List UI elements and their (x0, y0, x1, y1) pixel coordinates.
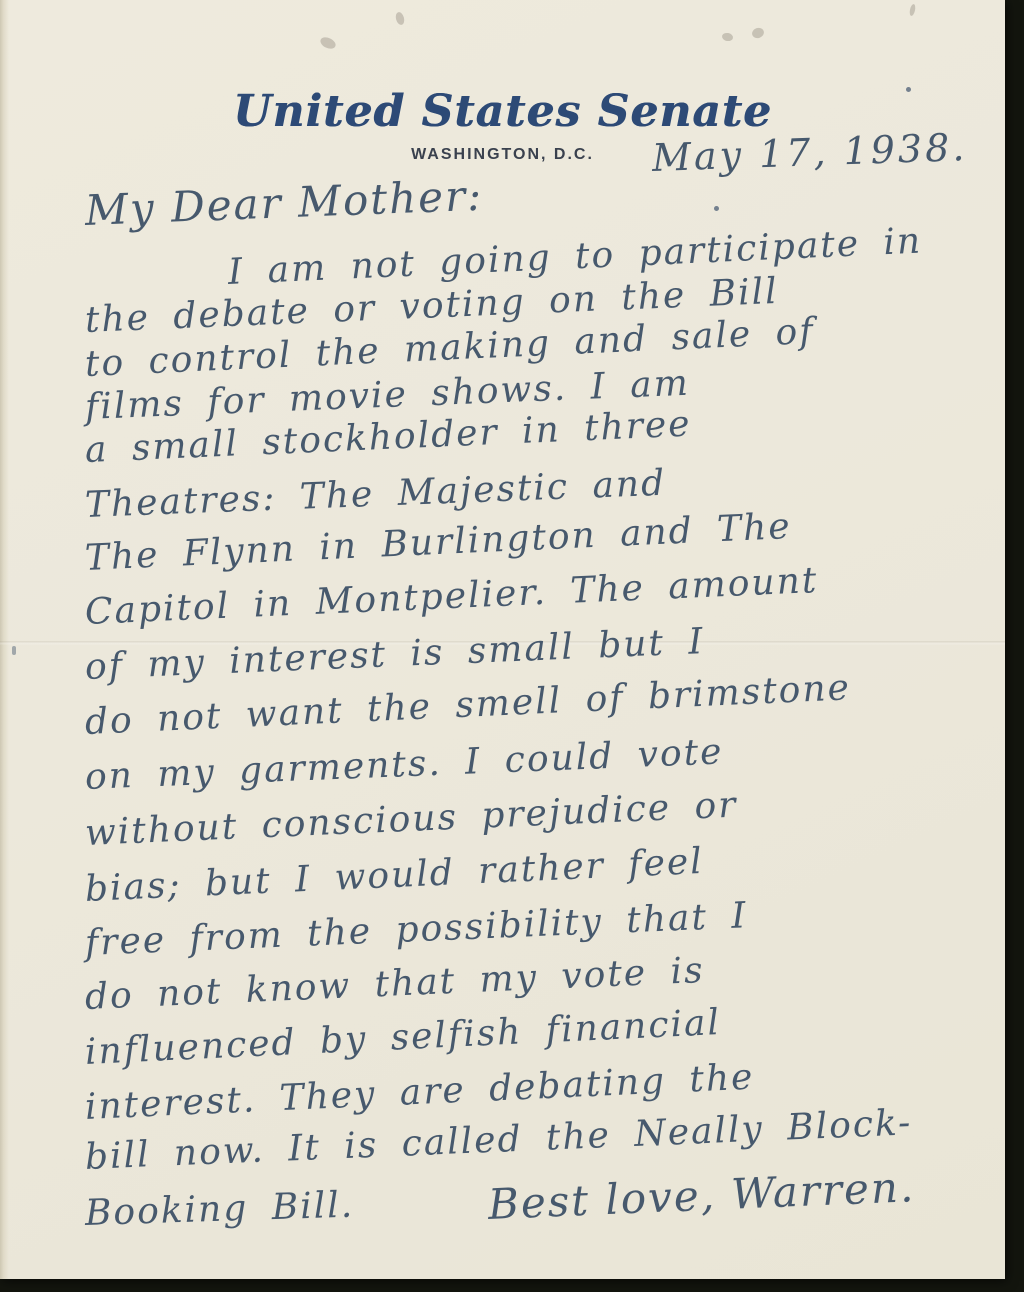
paper-left-edge (0, 0, 9, 1279)
letter-paper: United States Senate WASHINGTON, D.C. Ma… (0, 0, 1005, 1279)
smudge-mark (909, 4, 916, 17)
ink-speck (12, 646, 16, 655)
closing-signature: Best love, Warren. (487, 1162, 916, 1229)
smudge-mark (319, 35, 338, 51)
smudge-mark (751, 26, 766, 40)
letter-line: bias; but I would rather feel (84, 841, 705, 910)
ink-speck (906, 87, 911, 92)
scan-background: United States Senate WASHINGTON, D.C. Ma… (0, 0, 1024, 1292)
smudge-mark (394, 11, 405, 26)
salutation: My Dear Mother: (84, 171, 484, 235)
smudge-mark (721, 32, 733, 42)
letter-line: Booking Bill. (84, 1185, 354, 1234)
ink-speck (714, 206, 719, 211)
letter-line: on my garments. I could vote (84, 731, 724, 798)
